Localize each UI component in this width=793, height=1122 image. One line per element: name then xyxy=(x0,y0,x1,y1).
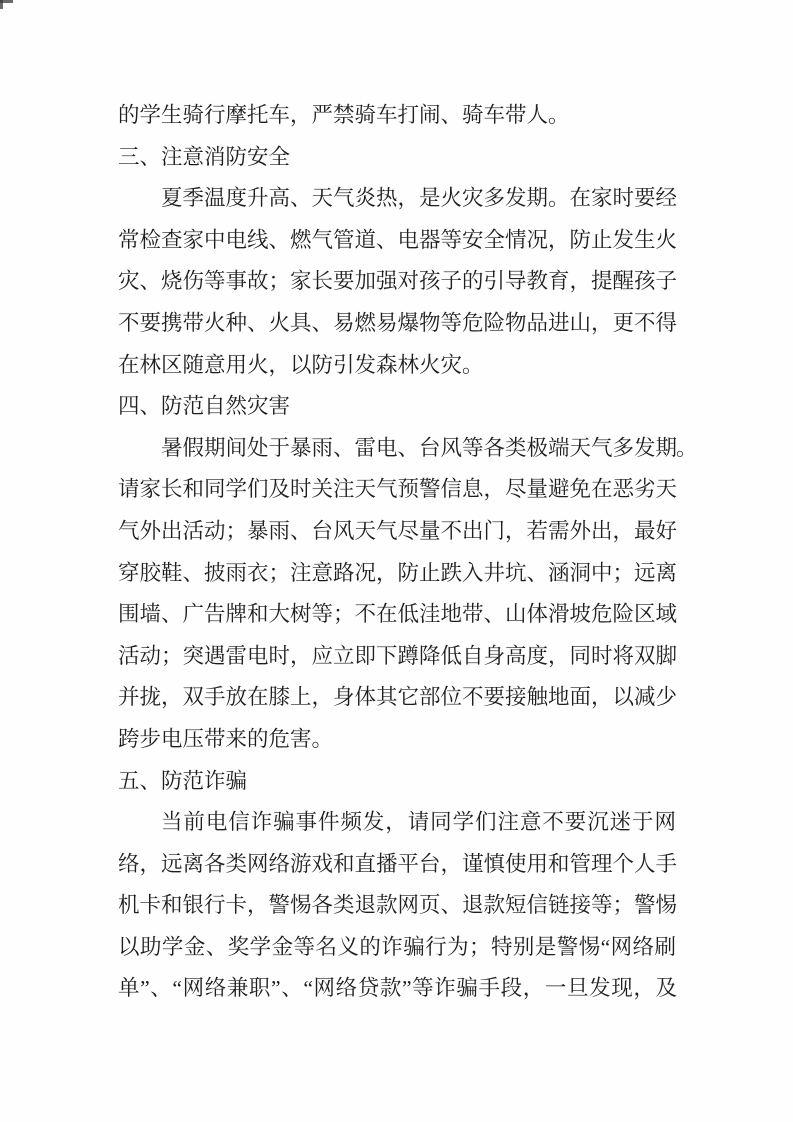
text-line: 的学生骑行摩托车，严禁骑车打闹、骑车带人。 xyxy=(118,95,676,137)
text-line: 在林区随意用火，以防引发森林火灾。 xyxy=(118,345,676,387)
scan-edge-artifact xyxy=(0,0,3,9)
text-line: 以助学金、奖学金等名义的诈骗行为；特别是警惕“网络刷 xyxy=(118,927,676,969)
text-line: 常检查家中电线、燃气管道、电器等安全情况，防止发生火 xyxy=(118,220,676,262)
section-heading: 四、防范自然灾害 xyxy=(118,386,676,428)
text-line: 灾、烧伤等事故；家长要加强对孩子的引导教育，提醒孩子 xyxy=(118,261,676,303)
text-line: 络，远离各类网络游戏和直播平台，谨慎使用和管理个人手 xyxy=(118,844,676,886)
text-line: 机卡和银行卡，警惕各类退款网页、退款短信链接等；警惕 xyxy=(118,885,676,927)
document-page: 的学生骑行摩托车，严禁骑车打闹、骑车带人。三、注意消防安全夏季温度升高、天气炎热… xyxy=(0,0,793,1122)
text-line: 穿胶鞋、披雨衣；注意路况，防止跌入井坑、涵洞中；远离 xyxy=(118,553,676,595)
text-line: 气外出活动；暴雨、台风天气尽量不出门，若需外出，最好 xyxy=(118,511,676,553)
text-line: 不要携带火种、火具、易燃易爆物等危险物品进山，更不得 xyxy=(118,303,676,345)
text-line: 当前电信诈骗事件频发，请同学们注意不要沉迷于网 xyxy=(118,802,676,844)
text-line: 跨步电压带来的危害。 xyxy=(118,719,676,761)
text-line: 暑假期间处于暴雨、雷电、台风等各类极端天气多发期。 xyxy=(118,428,676,470)
text-line: 围墙、广告牌和大树等；不在低洼地带、山体滑坡危险区域 xyxy=(118,594,676,636)
section-heading: 三、注意消防安全 xyxy=(118,137,676,179)
document-body: 的学生骑行摩托车，严禁骑车打闹、骑车带人。三、注意消防安全夏季温度升高、天气炎热… xyxy=(118,95,676,1010)
hanging-punctuation: 。 xyxy=(676,428,698,470)
text-line: 并拢，双手放在膝上，身体其它部位不要接触地面，以减少 xyxy=(118,677,676,719)
text-line: 请家长和同学们及时关注天气预警信息，尽量避免在恶劣天 xyxy=(118,469,676,511)
text-line: 活动；突遇雷电时，应立即下蹲降低自身高度，同时将双脚 xyxy=(118,636,676,678)
text-line: 单”、“网络兼职”、“网络贷款”等诈骗手段，一旦发现，及 xyxy=(118,968,676,1010)
text-line: 夏季温度升高、天气炎热，是火灾多发期。在家时要经 xyxy=(118,178,676,220)
section-heading: 五、防范诈骗 xyxy=(118,761,676,803)
